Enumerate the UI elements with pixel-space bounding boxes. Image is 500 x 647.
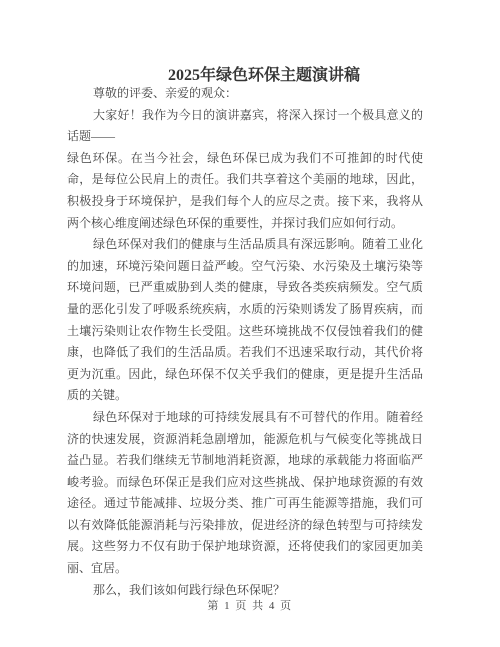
document-page: 2025年绿色环保主题演讲稿 尊敬的评委、亲爱的观众： 大家好！我作为今日的演讲… bbox=[0, 0, 500, 647]
paragraph-sustainability: 绿色环保对于地球的可持续发展具有不可替代的作用。随着经济的快速发展，资源消耗急剧… bbox=[67, 407, 423, 580]
paragraph-salutation: 尊敬的评委、亲爱的观众： bbox=[67, 83, 423, 105]
paragraph-health-impact: 绿色环保对我们的健康与生活品质具有深远影响。随着工业化的加速，环境污染问题日益严… bbox=[67, 234, 423, 407]
page-number-footer: 第 1 页 共 4 页 bbox=[0, 598, 500, 614]
paragraph-greeting: 大家好！我作为今日的演讲嘉宾，将深入探讨一个极具意义的话题—— bbox=[67, 105, 423, 148]
document-body: 尊敬的评委、亲爱的观众： 大家好！我作为今日的演讲嘉宾，将深入探讨一个极具意义的… bbox=[67, 83, 423, 601]
paragraph-topic-intro: 绿色环保。在当今社会，绿色环保已成为我们不可推卸的时代使命，是每位公民肩上的责任… bbox=[67, 148, 423, 234]
